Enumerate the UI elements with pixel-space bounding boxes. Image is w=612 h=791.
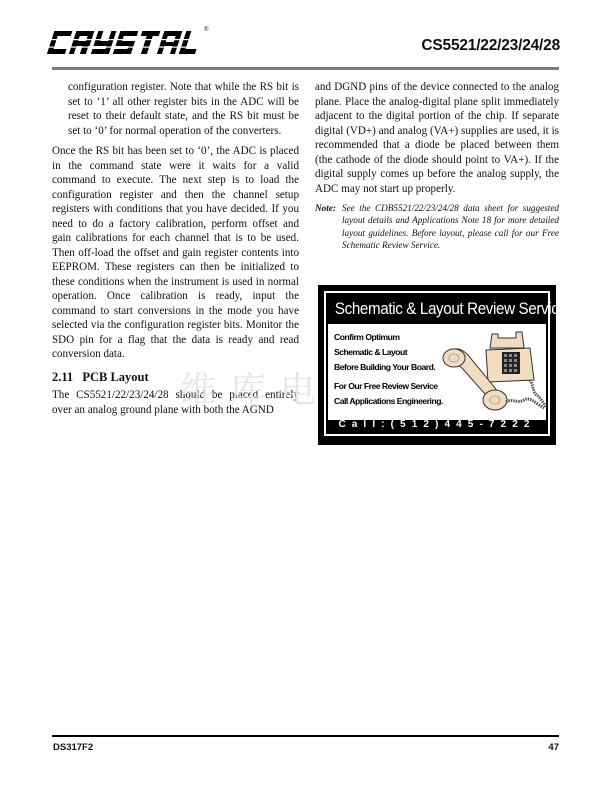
footer-divider: [52, 735, 559, 737]
continued-paragraph: configuration register. Note that while …: [52, 80, 299, 138]
note-label: Note:: [315, 202, 342, 252]
note-text: See the CDB5521/22/23/24/28 data sheet f…: [342, 202, 559, 252]
crystal-logo: ®: [47, 29, 203, 57]
ad-panel: Confirm Optimum Schematic & Layout Befor…: [328, 324, 546, 420]
startup-paragraph: Once the RS bit has been set to ‘0’, the…: [52, 144, 299, 362]
header-divider: [52, 67, 559, 70]
document-number: DS317F2: [53, 742, 93, 753]
layout-note: Note: See the CDB5521/22/23/24/28 data s…: [315, 202, 559, 252]
ad-line: For Our Free Review Service: [334, 381, 438, 391]
review-service-ad: Schematic & Layout Review Service Confir…: [318, 285, 556, 445]
section-title: PCB Layout: [82, 370, 148, 384]
ad-line: Call Applications Engineering.: [334, 396, 443, 406]
ad-line: Before Building Your Board.: [334, 362, 435, 372]
crystal-logo-icon: [47, 29, 203, 57]
telephone-icon: [438, 324, 550, 420]
grounding-paragraph: and DGND pins of the device connected to…: [315, 80, 559, 196]
ad-phone-number: Call:(512)445-7222: [326, 417, 548, 433]
registered-mark: ®: [204, 27, 208, 33]
section-number: 2.11: [52, 370, 73, 384]
ad-frame: Schematic & Layout Review Service Confir…: [324, 291, 550, 436]
right-column: and DGND pins of the device connected to…: [315, 80, 559, 252]
ad-line: Schematic & Layout: [334, 347, 407, 357]
document-title: CS5521/22/23/24/28: [421, 37, 560, 55]
page-number: 47: [548, 742, 559, 753]
ad-title: Schematic & Layout Review Service: [335, 295, 539, 323]
ad-line: Confirm Optimum: [334, 332, 400, 342]
